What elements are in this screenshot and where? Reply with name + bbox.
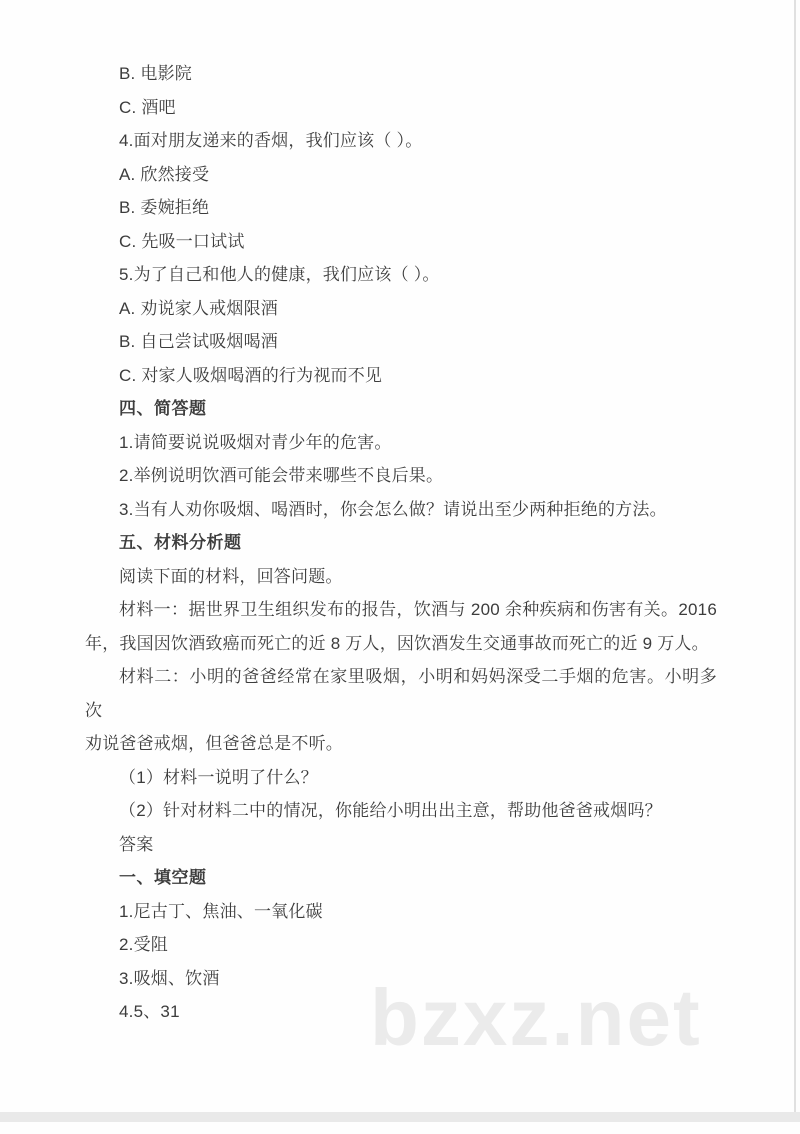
text-line: 2.举例说明饮酒可能会带来哪些不良后果。 (85, 459, 717, 493)
text-line: 答案 (85, 828, 717, 862)
page-edge-divider (794, 0, 796, 1112)
text-line: C. 对家人吸烟喝酒的行为视而不见 (85, 359, 717, 393)
text-line: 1.尼古丁、焦油、一氧化碳 (85, 895, 717, 929)
text-line: B. 自己尝试吸烟喝酒 (85, 325, 717, 359)
text-line: A. 劝说家人戒烟限酒 (85, 292, 717, 326)
next-page-top (0, 1122, 800, 1134)
text-line: 3.当有人劝你吸烟、喝酒时，你会怎么做？请说出至少两种拒绝的方法。 (85, 493, 717, 527)
text-line: A. 欣然接受 (85, 158, 717, 192)
section-heading: 一、填空题 (85, 861, 717, 895)
text-line: 材料一：据世界卫生组织发布的报告，饮酒与 200 余种疾病和伤害有关。2016 (85, 593, 717, 627)
section-heading: 四、简答题 (85, 392, 717, 426)
text-line: 5.为了自己和他人的健康，我们应该（ ）。 (85, 258, 717, 292)
section-heading: 五、材料分析题 (85, 526, 717, 560)
text-line: 阅读下面的材料，回答问题。 (85, 560, 717, 594)
text-line: 1.请简要说说吸烟对青少年的危害。 (85, 426, 717, 460)
text-line: 年，我国因饮酒致癌而死亡的近 8 万人，因饮酒发生交通事故而死亡的近 9 万人。 (85, 627, 717, 661)
document-content: B. 电影院C. 酒吧4.面对朋友递来的香烟，我们应该（ ）。A. 欣然接受B.… (0, 0, 795, 1029)
document-viewport: B. 电影院C. 酒吧4.面对朋友递来的香烟，我们应该（ ）。A. 欣然接受B.… (0, 0, 800, 1134)
text-line: C. 先吸一口试试 (85, 225, 717, 259)
text-line: 材料二：小明的爸爸经常在家里吸烟，小明和妈妈深受二手烟的危害。小明多次 (85, 660, 717, 727)
page-break-band (0, 1112, 800, 1122)
text-line: （2）针对材料二中的情况，你能给小明出出主意，帮助他爸爸戒烟吗？ (85, 794, 717, 828)
text-line: （1）材料一说明了什么？ (85, 761, 717, 795)
text-line: B. 委婉拒绝 (85, 191, 717, 225)
text-line: B. 电影院 (85, 57, 717, 91)
text-line: C. 酒吧 (85, 91, 717, 125)
text-line: 2.受阻 (85, 928, 717, 962)
text-line: 劝说爸爸戒烟，但爸爸总是不听。 (85, 727, 717, 761)
text-line: 4.面对朋友递来的香烟，我们应该（ ）。 (85, 124, 717, 158)
document-page: B. 电影院C. 酒吧4.面对朋友递来的香烟，我们应该（ ）。A. 欣然接受B.… (0, 0, 795, 1112)
watermark: bzxz.net (370, 978, 702, 1058)
